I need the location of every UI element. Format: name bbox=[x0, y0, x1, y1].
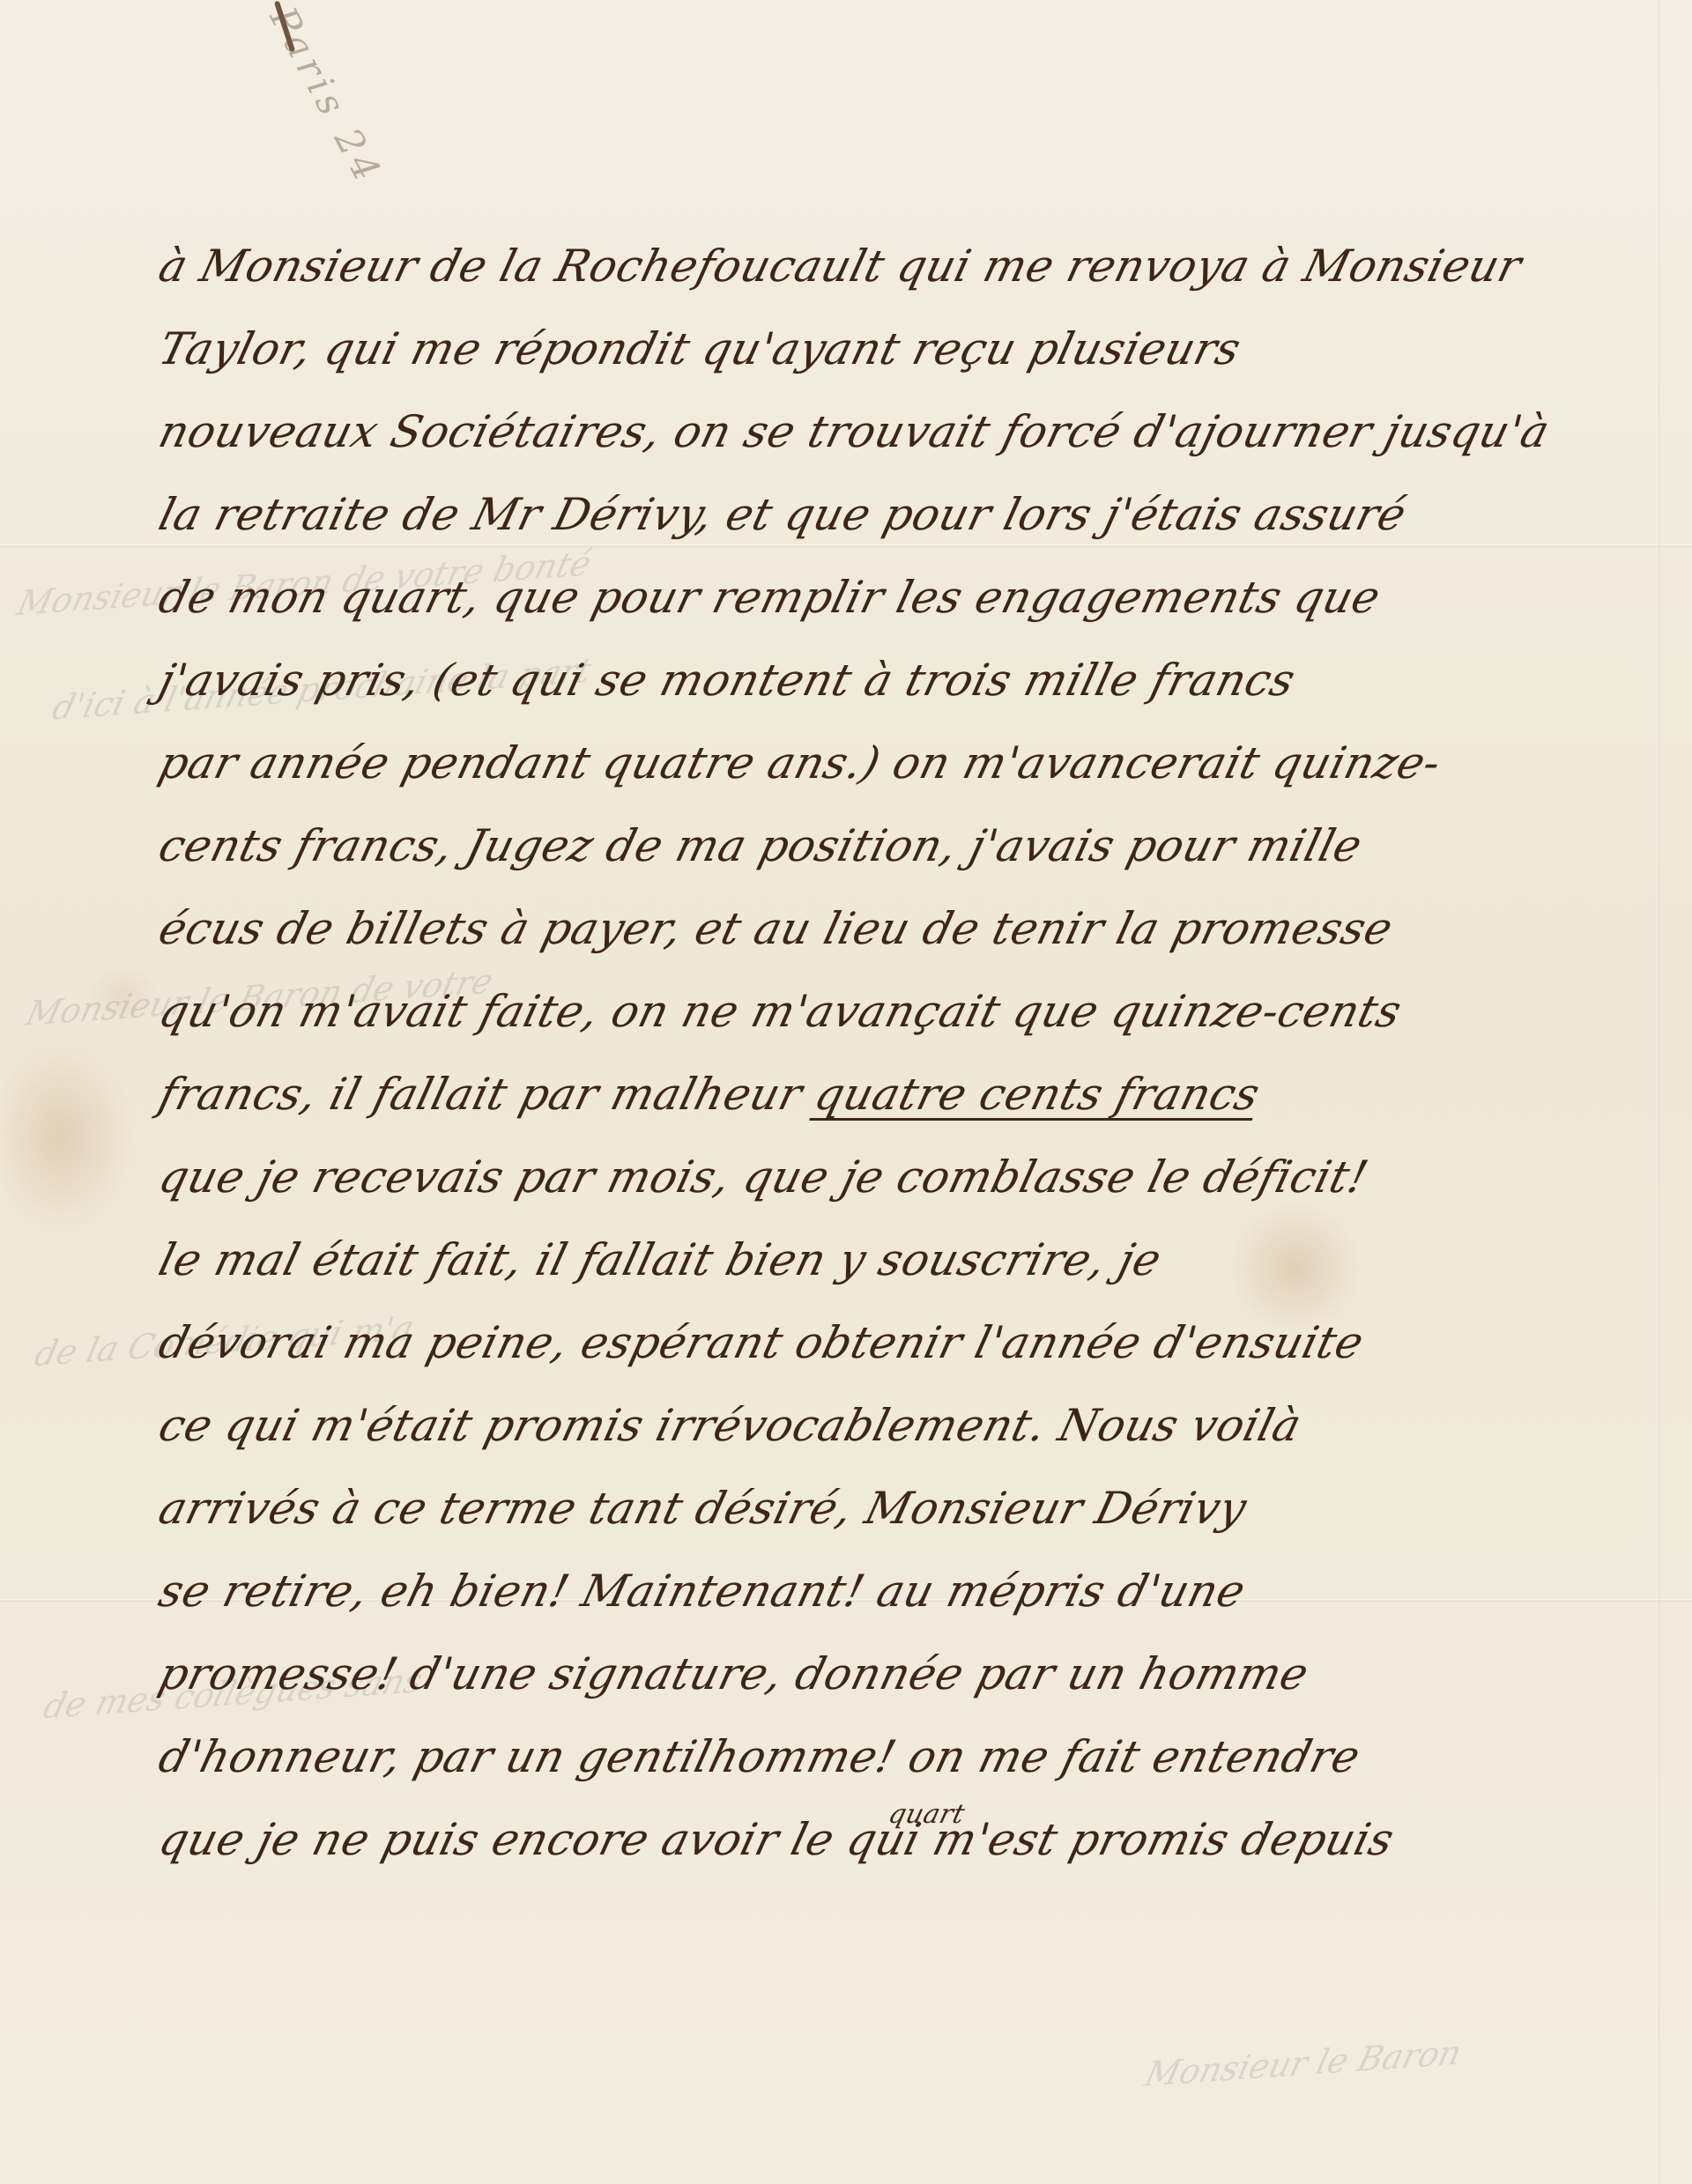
underlined-phrase: quatre cents francs bbox=[809, 1069, 1265, 1120]
text-segment: que je ne puis encore avoir le bbox=[153, 1814, 839, 1865]
text-line: à Monsieur de la Rochefoucault qui me re… bbox=[150, 225, 1686, 307]
text-line: arrivés à ce terme tant désiré, Monsieur… bbox=[150, 1467, 1686, 1550]
superscript-insertion: quart bbox=[886, 1802, 968, 1828]
text-line: que je recevais par mois, que je comblas… bbox=[150, 1136, 1686, 1218]
text-line: cents francs, Jugez de ma position, j'av… bbox=[150, 804, 1686, 887]
bleed-through-text: Monsieur le Baron bbox=[1141, 2032, 1466, 2094]
text-segment: francs, il fallait par malheur bbox=[153, 1069, 807, 1120]
text-line: dévorai ma peine, espérant obtenir l'ann… bbox=[150, 1301, 1686, 1384]
text-line: j'avais pris, (et qui se montent à trois… bbox=[150, 639, 1686, 722]
text-line: Taylor, qui me répondit qu'ayant reçu pl… bbox=[150, 307, 1686, 390]
letter-body: à Monsieur de la Rochefoucault qui me re… bbox=[150, 225, 1666, 1881]
letter-page: Paris 24 Monsieur le Baron de votre bont… bbox=[0, 0, 1692, 2184]
text-line: promesse! d'une signature, donnée par un… bbox=[150, 1632, 1686, 1715]
text-line: nouveaux Sociétaires, on se trouvait for… bbox=[150, 390, 1686, 473]
text-line: d'honneur, par un gentilhomme! on me fai… bbox=[150, 1715, 1686, 1798]
text-line: ce qui m'était promis irrévocablement. N… bbox=[150, 1384, 1686, 1467]
text-line: écus de billets à payer, et au lieu de t… bbox=[150, 887, 1686, 970]
text-line: qu'on m'avait faite, on ne m'avançait qu… bbox=[150, 970, 1686, 1053]
text-line: de mon quart, que pour remplir les engag… bbox=[150, 556, 1686, 639]
text-line: par année pendant quatre ans.) on m'avan… bbox=[150, 722, 1686, 804]
text-line: francs, il fallait par malheur quatre ce… bbox=[150, 1053, 1686, 1136]
text-line: le mal était fait, il fallait bien y sou… bbox=[150, 1218, 1686, 1301]
text-line: se retire, eh bien! Maintenant! au mépri… bbox=[150, 1550, 1686, 1632]
text-line: la retraite de Mr Dérivy, et que pour lo… bbox=[150, 473, 1686, 556]
text-line: que je ne puis encore avoir le quart qui… bbox=[150, 1798, 1686, 1881]
header-scrawl: Paris 24 bbox=[262, 0, 391, 192]
